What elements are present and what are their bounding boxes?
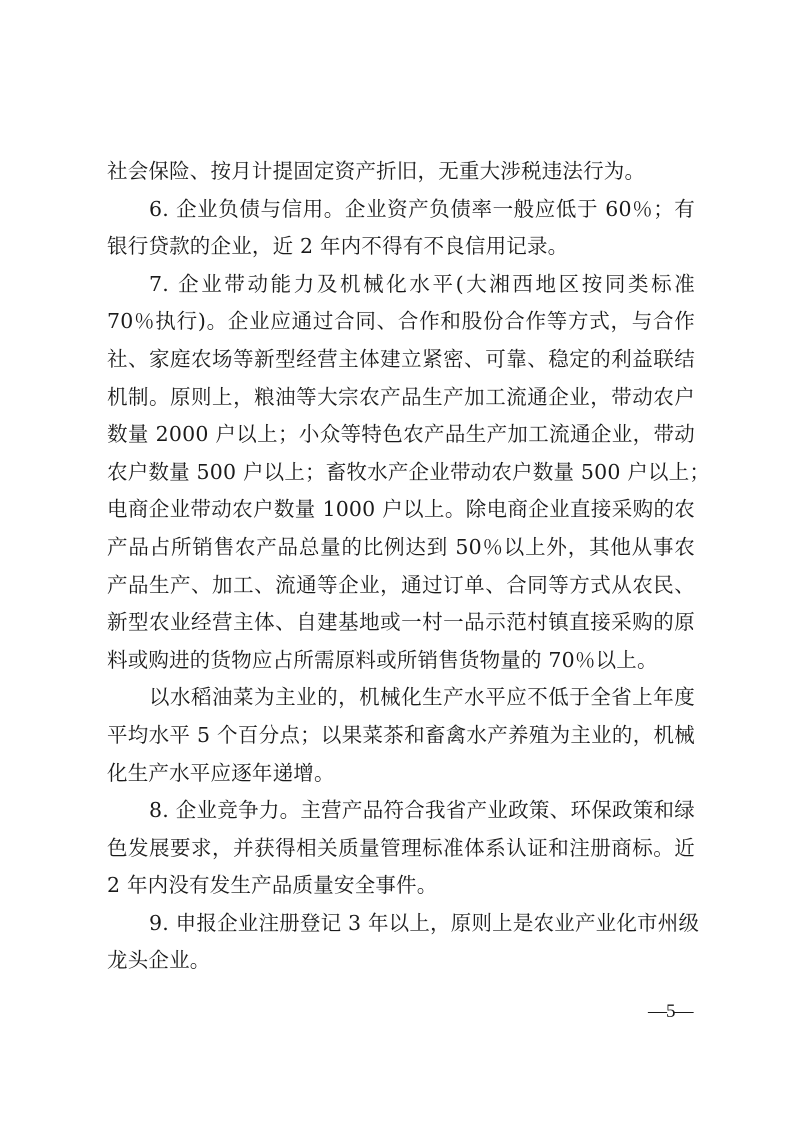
text-line: 平均水平 5 个百分点；以果菜茶和畜禽水产养殖为主业的，机械 — [107, 717, 695, 755]
text-line: 社会保险、按月计提固定资产折旧，无重大涉税违法行为。 — [107, 153, 695, 191]
text-line: 机制。原则上，粮油等大宗农产品生产加工流通企业，带动农户 — [107, 379, 695, 417]
text-line: 料或购进的货物应占所需原料或所销售货物量的 70％以上。 — [107, 642, 695, 680]
text-line: 龙头企业。 — [107, 942, 695, 980]
text-line: 农户数量 500 户以上；畜牧水产企业带动农户数量 500 户以上； — [107, 454, 695, 492]
text-line-section-9-heading: 9. 申报企业注册登记 3 年以上，原则上是农业产业化市州级 — [107, 905, 695, 943]
text-line: 2 年内没有发生产品质量安全事件。 — [107, 867, 695, 905]
text-line: 70％执行)。企业应通过合同、合作和股份合作等方式，与合作 — [107, 303, 695, 341]
page-number: —5— — [648, 1000, 693, 1024]
text-line-section-8-heading: 8. 企业竞争力。主营产品符合我省产业政策、环保政策和绿 — [107, 792, 695, 830]
text-line: 化生产水平应逐年递增。 — [107, 755, 695, 793]
text-line: 新型农业经营主体、自建基地或一村一品示范村镇直接采购的原 — [107, 604, 695, 642]
text-line: 银行贷款的企业，近 2 年内不得有不良信用记录。 — [107, 228, 695, 266]
document-body: 社会保险、按月计提固定资产折旧，无重大涉税违法行为。 6. 企业负债与信用。企业… — [107, 153, 695, 980]
text-line: 数量 2000 户以上；小众等特色农产品生产加工流通企业，带动 — [107, 416, 695, 454]
text-line-mechanization-paragraph: 以水稻油菜为主业的，机械化生产水平应不低于全省上年度 — [107, 679, 695, 717]
text-line: 产品生产、加工、流通等企业，通过订单、合同等方式从农民、 — [107, 567, 695, 605]
text-line-section-6-heading: 6. 企业负债与信用。企业资产负债率一般应低于 60％；有 — [107, 191, 695, 229]
text-line: 社、家庭农场等新型经营主体建立紧密、可靠、稳定的利益联结 — [107, 341, 695, 379]
text-line: 色发展要求，并获得相关质量管理标准体系认证和注册商标。近 — [107, 830, 695, 868]
text-line: 电商企业带动农户数量 1000 户以上。除电商企业直接采购的农 — [107, 491, 695, 529]
text-line-section-7-heading: 7. 企业带动能力及机械化水平(大湘西地区按同类标准 — [107, 266, 695, 304]
text-line: 产品占所销售农产品总量的比例达到 50％以上外，其他从事农 — [107, 529, 695, 567]
document-page: 社会保险、按月计提固定资产折旧，无重大涉税违法行为。 6. 企业负债与信用。企业… — [0, 0, 793, 1122]
